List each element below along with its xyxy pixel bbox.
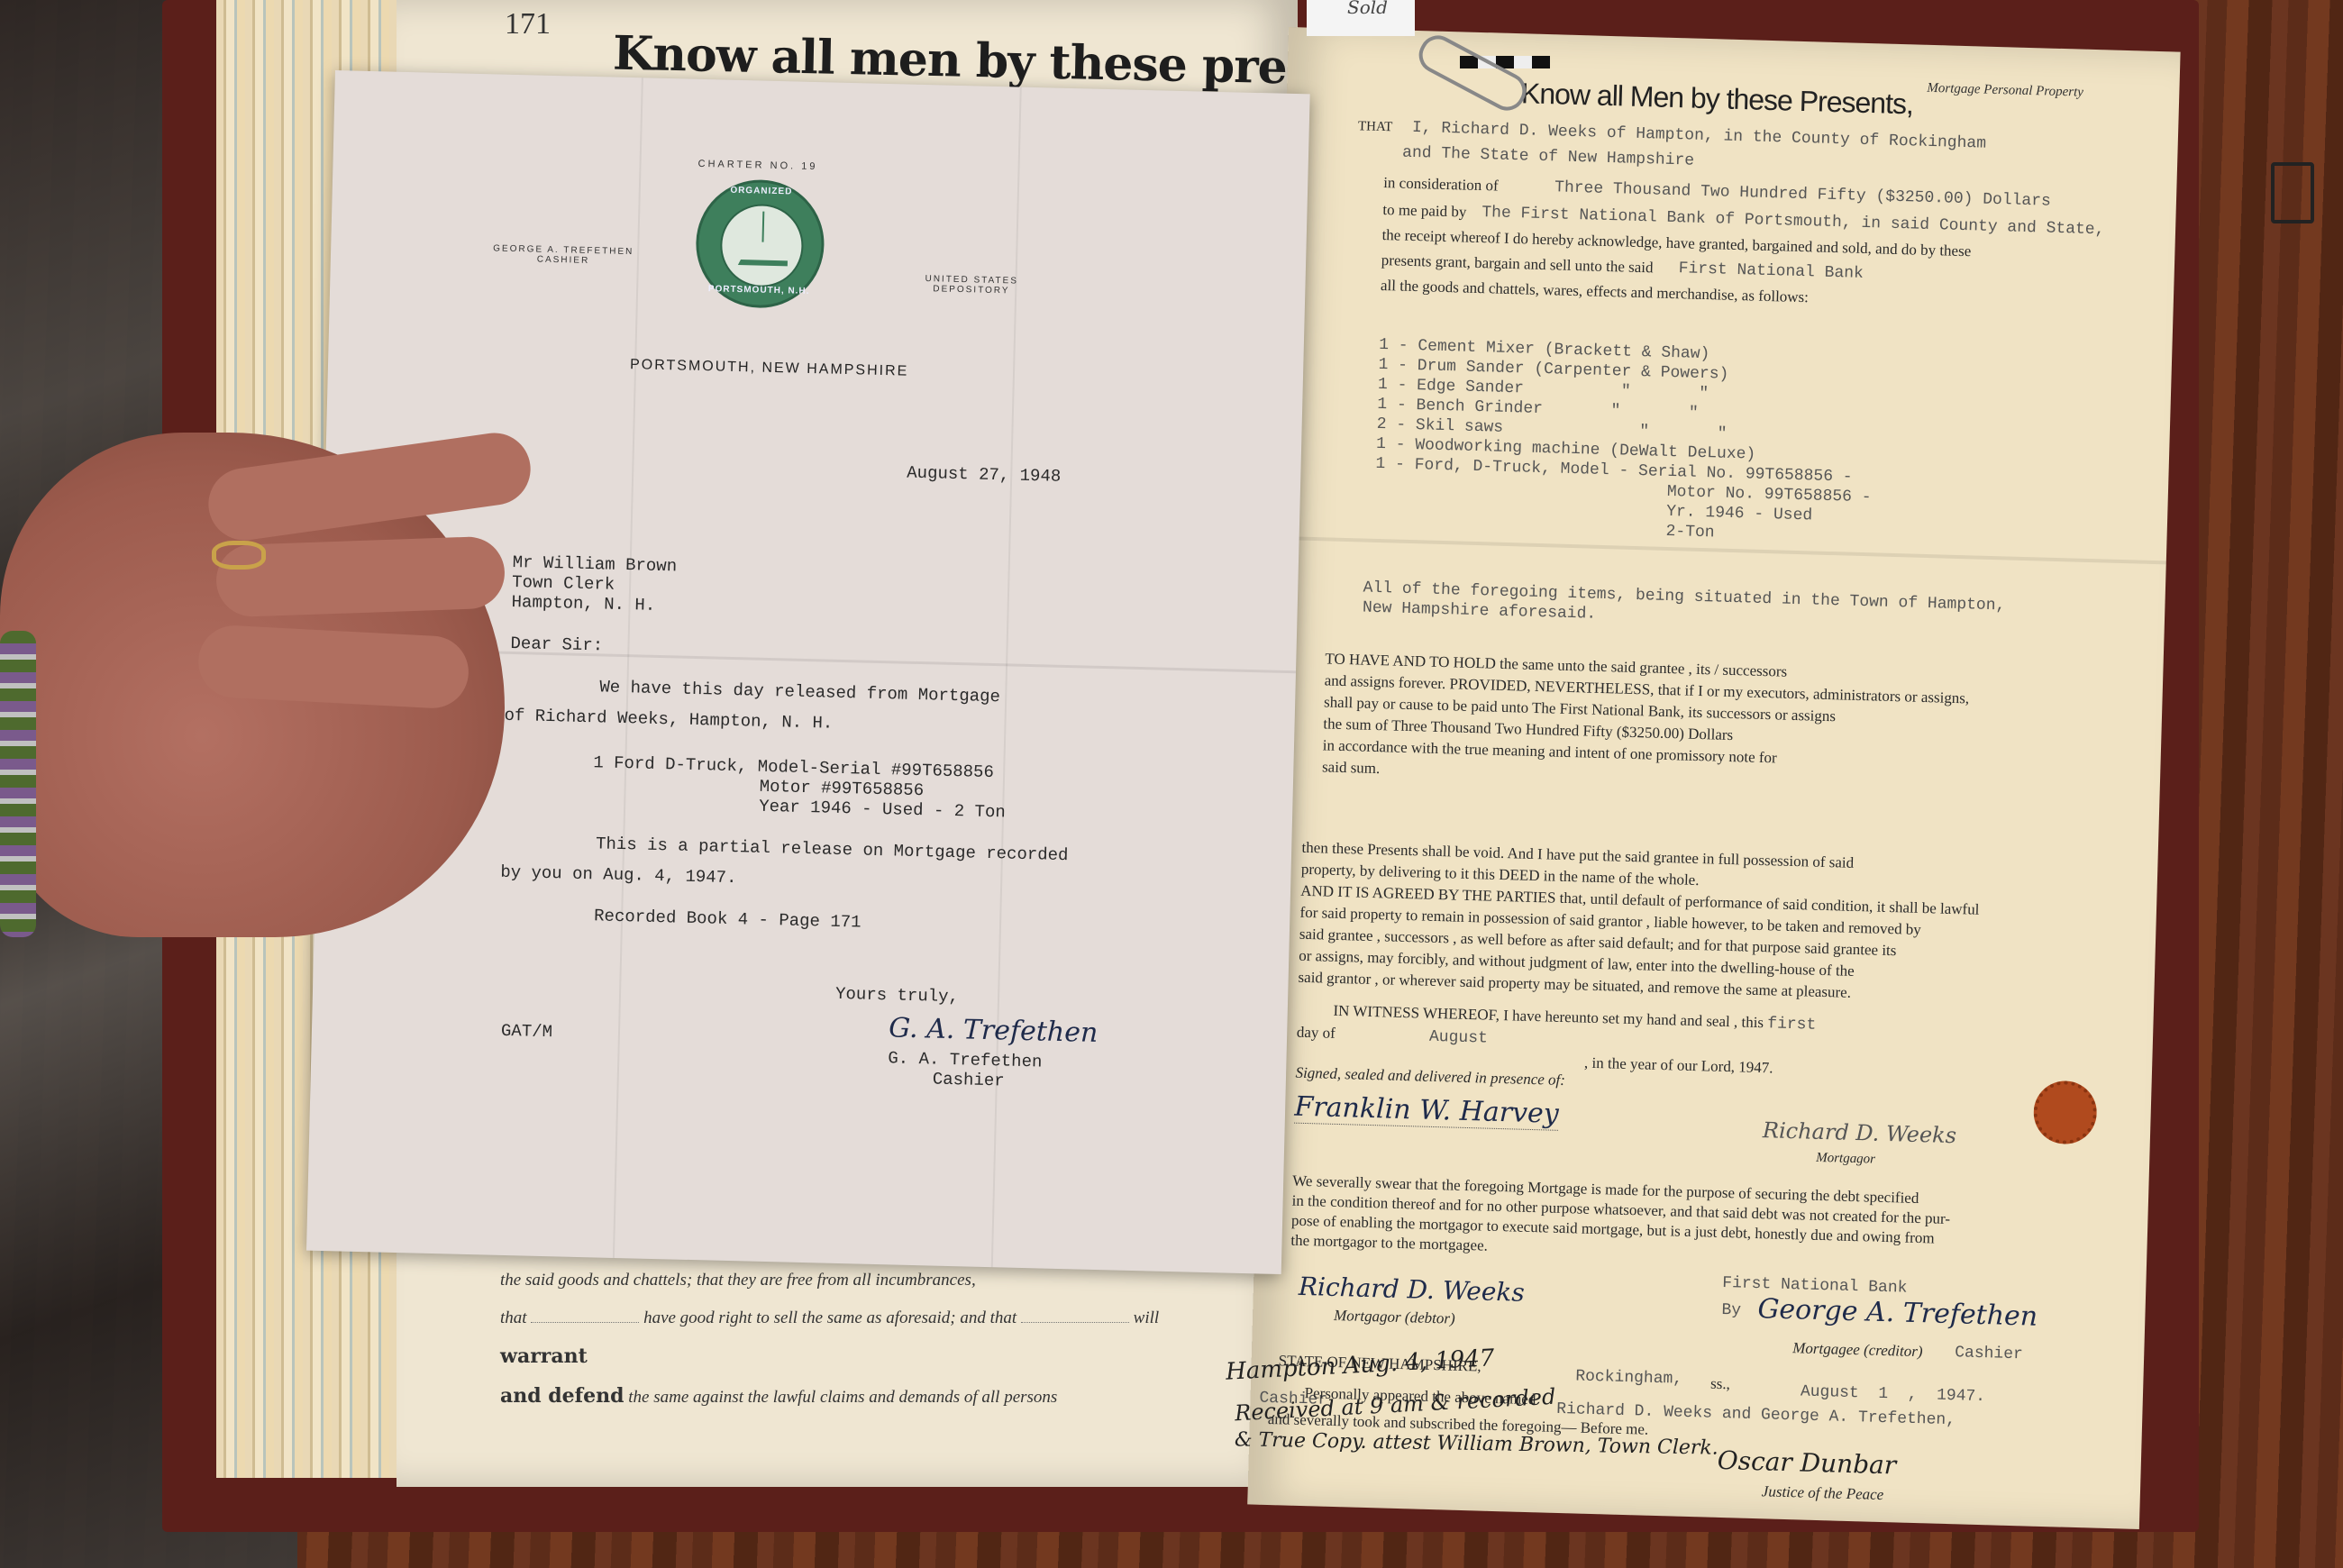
closing: Yours truly, bbox=[835, 984, 959, 1007]
wedding-ring-icon bbox=[212, 541, 266, 570]
letter-date: August 27, 1948 bbox=[907, 463, 1062, 487]
mortgagor-signature: Richard D. Weeks bbox=[1763, 1117, 1957, 1148]
signer-title: Cashier bbox=[933, 1070, 1005, 1091]
typist-initials: GAT/M bbox=[501, 1021, 553, 1042]
body-line-2: of Richard Weeks, Hampton, N. H. bbox=[504, 706, 833, 734]
form-type-label: Mortgage Personal Property bbox=[1927, 81, 2083, 101]
item-line-3: Year 1946 - Used - 2 Ton bbox=[759, 797, 1006, 823]
sticky-tag-label: Sold bbox=[1347, 0, 1388, 18]
footer-line-3: and defend the same against the lawful c… bbox=[500, 1377, 1203, 1417]
grantee-name: First National Bank bbox=[1678, 260, 1864, 283]
salutation: Dear Sir: bbox=[510, 634, 603, 656]
debtor-signature: Richard D. Weeks bbox=[1299, 1272, 1526, 1308]
wax-seal-icon bbox=[2033, 1080, 2098, 1145]
justice-signature: Oscar Dunbar bbox=[1717, 1445, 1896, 1481]
footer-line-2: that have good right to sell the same as… bbox=[500, 1299, 1203, 1377]
consideration-amount: Three Thousand Two Hundred Fifty ($3250.… bbox=[1554, 178, 2051, 210]
charter-number: CHARTER NO. 19 bbox=[697, 159, 817, 172]
creditor-signature: George A. Trefethen bbox=[1757, 1293, 2038, 1333]
addressee-line-2: Town Clerk bbox=[512, 572, 615, 595]
letterhead-city: PORTSMOUTH, NEW HAMPSHIRE bbox=[630, 357, 909, 380]
page-number: 171 bbox=[505, 7, 551, 41]
officer-block: GEORGE A. TREFETHENCASHIER bbox=[493, 243, 634, 267]
recorded-reference: Recorded Book 4 - Page 171 bbox=[594, 906, 862, 932]
form-title: Know all Men by these Presents, bbox=[1521, 77, 1914, 121]
addressee-line-3: Hampton, N. H. bbox=[511, 592, 655, 615]
partial-release-line-2: by you on Aug. 4, 1947. bbox=[500, 862, 737, 888]
bank-seal-icon: ORGANIZED PORTSMOUTH, N.H. bbox=[695, 178, 825, 309]
witness-signature: Franklin W. Harvey bbox=[1294, 1091, 1559, 1131]
beaded-bracelet bbox=[0, 631, 36, 937]
binder-clip-icon bbox=[2271, 162, 2314, 223]
body-line-1: We have this day released from Mortgage bbox=[599, 677, 1000, 707]
oath-line: the mortgagor to the mortgagee. bbox=[1290, 1232, 1488, 1255]
signer-name: G. A. Trefethen bbox=[888, 1048, 1043, 1071]
mortgage-form-page: Mortgage Personal Property Know all Men … bbox=[1247, 27, 2180, 1529]
cashier-signature: G. A. Trefethen bbox=[889, 1012, 1099, 1049]
left-page-footer: the said goods and chattels; that they a… bbox=[500, 1262, 1203, 1417]
depository-block: UNITED STATESDEPOSITORY bbox=[925, 274, 1018, 296]
partial-release-line-1: This is a partial release on Mortgage re… bbox=[596, 834, 1069, 865]
habendum-line: said sum. bbox=[1322, 758, 1381, 778]
ring-finger bbox=[196, 624, 470, 710]
